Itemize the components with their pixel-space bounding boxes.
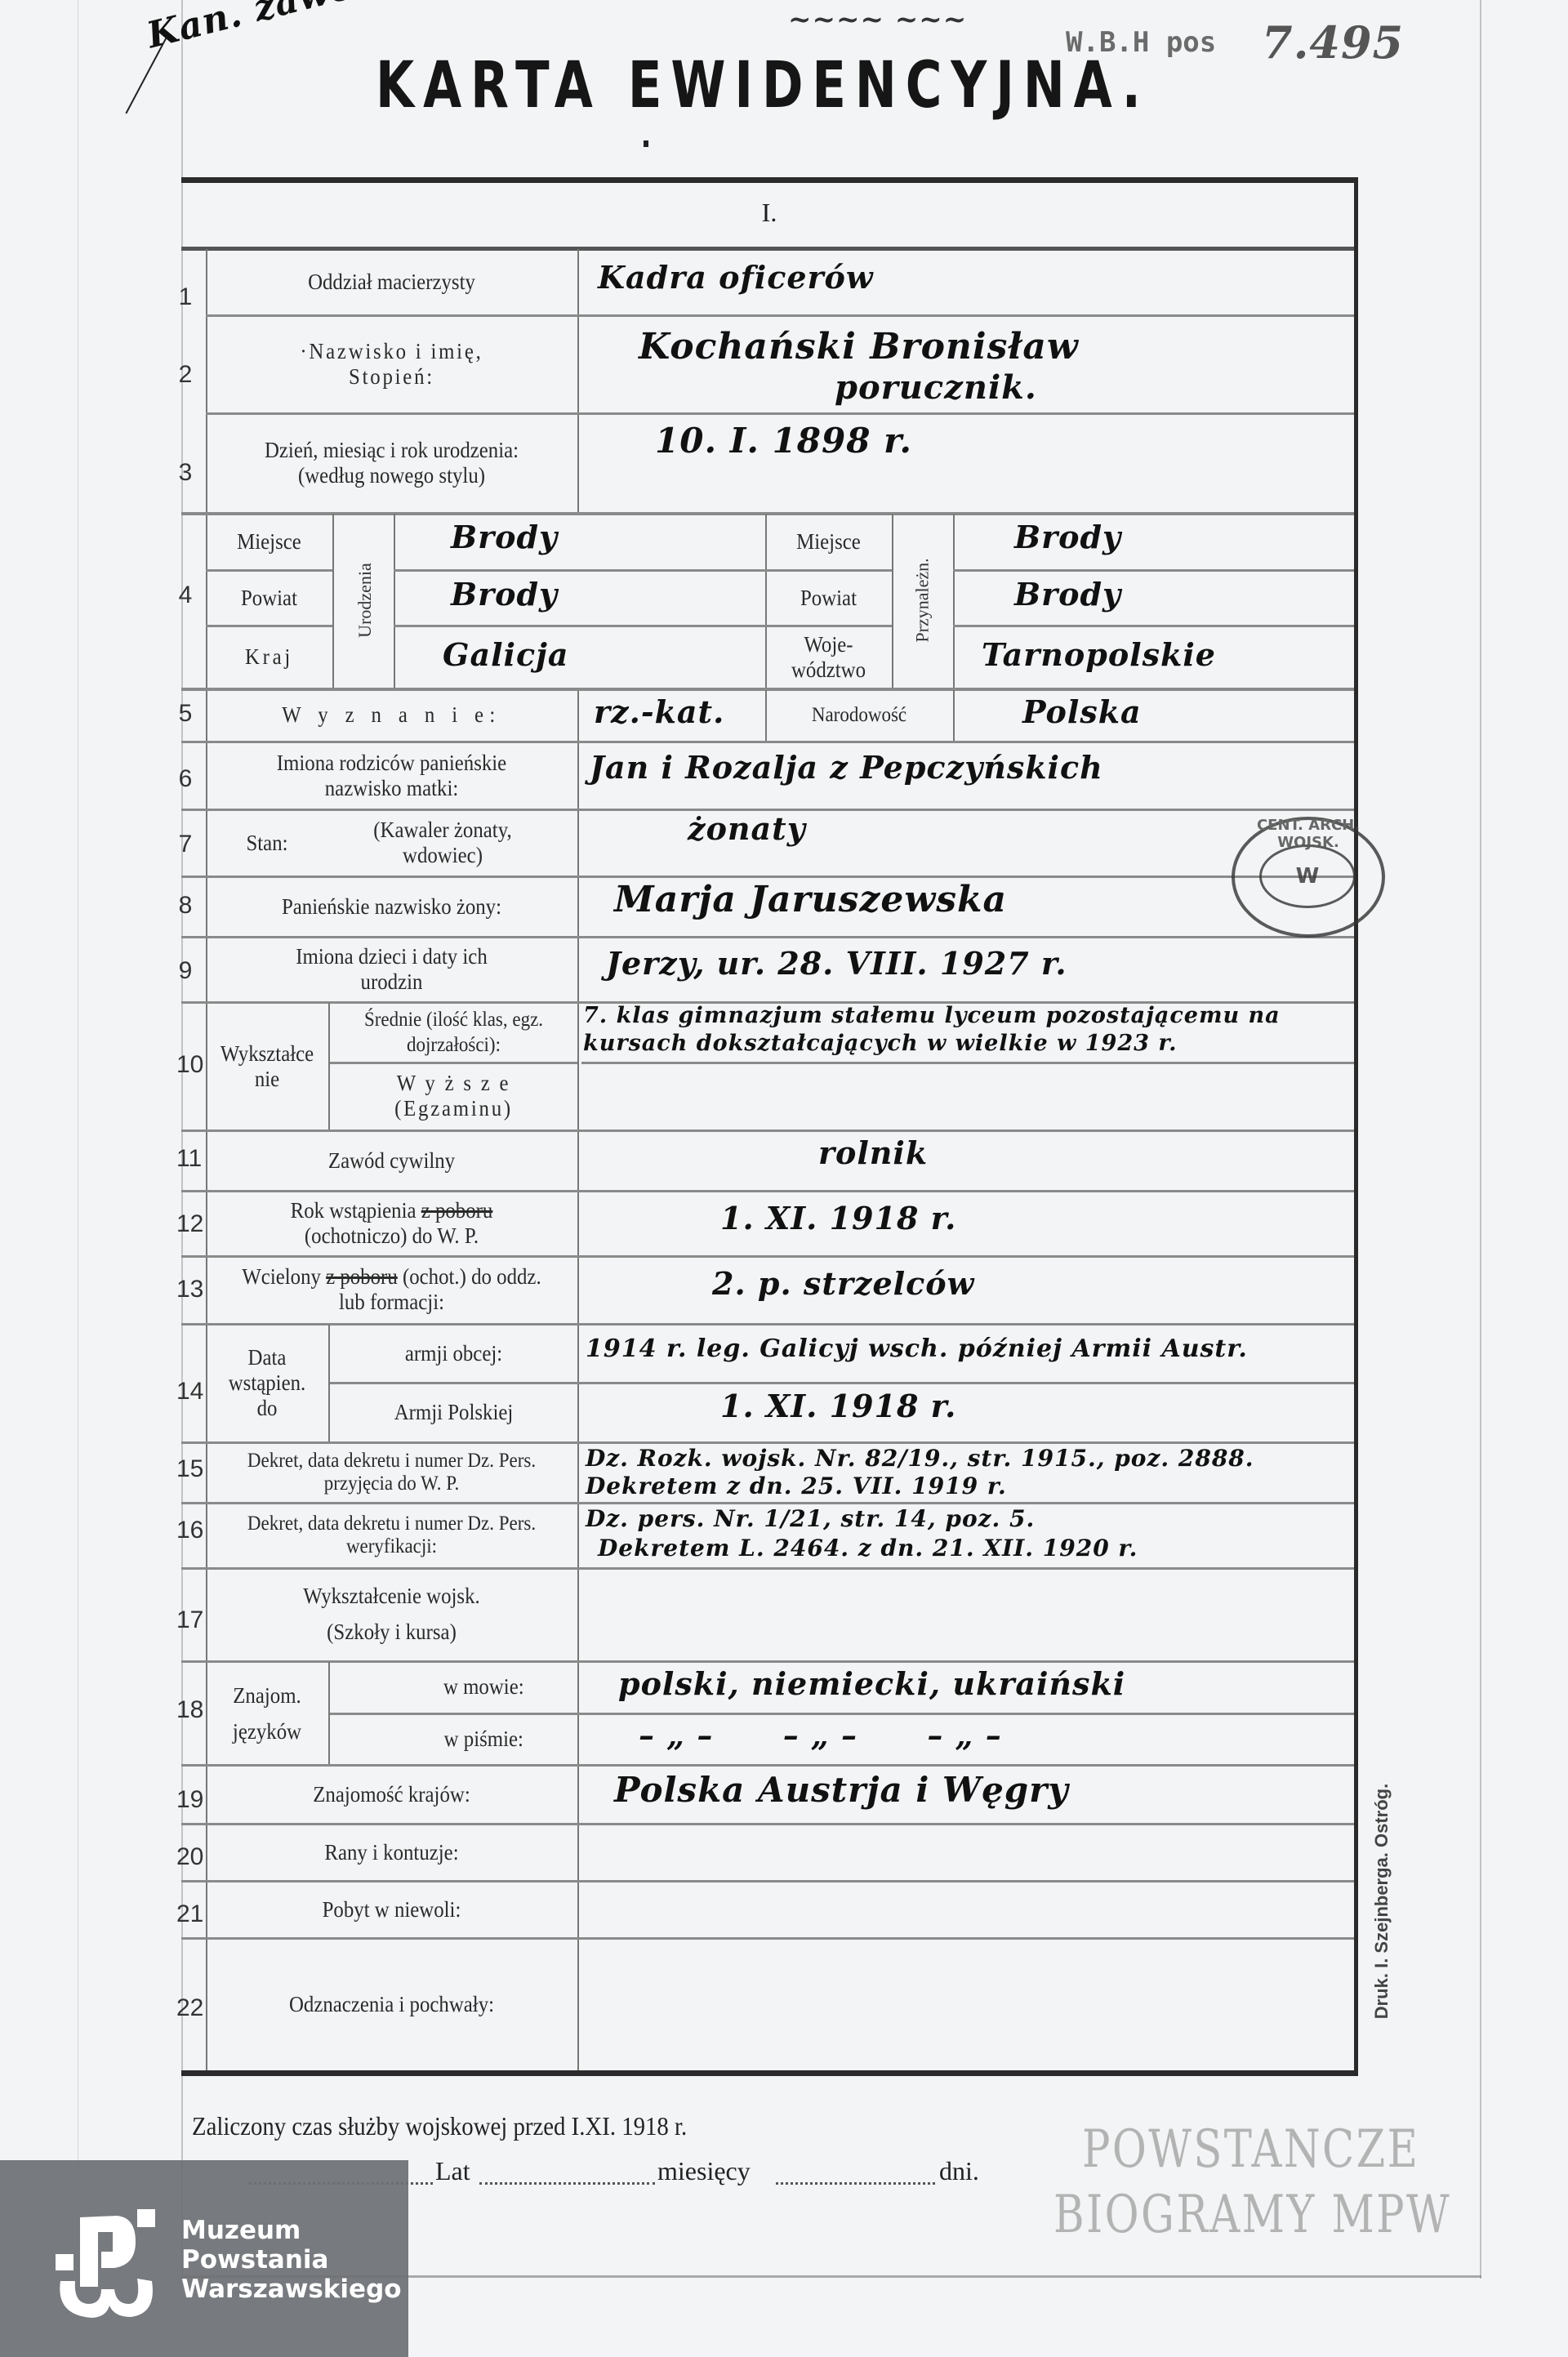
label-w-pismie: w piśmie: bbox=[340, 1714, 568, 1763]
pen-stroke bbox=[125, 38, 167, 114]
label-znajomosc-krajow: Znajomość krajów: bbox=[220, 1766, 563, 1823]
value-data-urodzenia: 10. I. 1898 r. bbox=[655, 422, 1406, 460]
value-birth-place: Brody bbox=[451, 519, 761, 556]
row-number: 1 bbox=[176, 283, 194, 311]
grid-line bbox=[328, 1003, 330, 1129]
grid-line bbox=[953, 569, 1354, 572]
value-armji-polskiej: 1. XI. 1918 r. bbox=[720, 1388, 1472, 1425]
value-zawod: rolnik bbox=[818, 1134, 1568, 1172]
label-province-line2: wództwo bbox=[791, 657, 866, 683]
row-number: 14 bbox=[176, 1378, 194, 1406]
label-imiona-dzieci: Imiona dzieci i daty ich urodzin bbox=[220, 938, 563, 1001]
row-number: 16 bbox=[176, 1517, 194, 1544]
label-w-mowie: w mowie: bbox=[340, 1662, 568, 1711]
label-province-line1: Woje- bbox=[804, 632, 853, 657]
value-dekret-weryfikacji-2: Dekretem L. 2464. z dn. 21. XII. 1920 r. bbox=[598, 1535, 1349, 1562]
label-birth-county: Powiat bbox=[211, 571, 327, 625]
value-residence-province: Tarnopolskie bbox=[982, 636, 1341, 674]
label-residence-province: Woje- wództwo bbox=[770, 626, 887, 688]
label-armji-polskiej: Armji Polskiej bbox=[340, 1383, 568, 1441]
value-w-pismie: – „ – – „ – – „ – bbox=[639, 1717, 1390, 1754]
label-urodzenia-group: Urodzenia bbox=[354, 555, 376, 645]
label-wyksztalcenie-wojsk: Wykształcenie wojsk. (Szkoły i kursa) bbox=[220, 1569, 563, 1659]
value-stopien: porucznik. bbox=[835, 369, 1568, 407]
grid-line bbox=[394, 625, 765, 627]
value-dekret-weryfikacji: Dz. pers. Nr. 1/21, str. 14, poz. 5. bbox=[586, 1505, 1337, 1533]
value-nazwisko: Kochański Bronisław bbox=[639, 328, 1390, 366]
grid-line bbox=[953, 625, 1354, 627]
label-znajomosc-jezykow: Znajom. języków bbox=[211, 1662, 323, 1764]
row-divider bbox=[181, 512, 1354, 515]
label-line: Rok wstąpienia z poboru bbox=[291, 1198, 493, 1223]
printer-imprint-text: Druk. I. Szejnberga. Ostróg. bbox=[1371, 1754, 1392, 2048]
label-nazwisko-zony: Panieńskie nazwisko żony: bbox=[220, 877, 563, 936]
value-znajomosc-krajow: Polska Austrja i Węgry bbox=[614, 1771, 1365, 1809]
value-wyznanie: rz.-kat. bbox=[594, 693, 757, 731]
row-number: 20 bbox=[176, 1843, 194, 1871]
label-zawod: Zawód cywilny bbox=[220, 1131, 563, 1190]
row-number: 3 bbox=[176, 459, 194, 487]
label-column-line bbox=[577, 249, 579, 512]
grid-line bbox=[953, 690, 955, 741]
row-number: 2 bbox=[176, 361, 194, 389]
label-line: Wcielony z poboru (ochot.) do oddz. lub … bbox=[239, 1264, 544, 1315]
value-w-mowie: polski, niemiecki, ukraiński bbox=[618, 1665, 1370, 1703]
value-birth-county: Brody bbox=[451, 576, 761, 613]
label-oddzial: Oddział macierzysty bbox=[220, 249, 563, 314]
label-column-line bbox=[577, 688, 579, 2070]
logo-line: Muzeum bbox=[181, 2216, 402, 2245]
value-rok-wstapienia: 1. XI. 1918 r. bbox=[720, 1200, 1472, 1237]
grid-line bbox=[332, 514, 334, 688]
label-niewola: Pobyt w niewoli: bbox=[220, 1882, 563, 1937]
row-number: 6 bbox=[176, 765, 194, 793]
section-number: I. bbox=[181, 198, 1357, 228]
value-dekret-przyjecia-2: Dekretem z dn. 25. VII. 1919 r. bbox=[586, 1473, 1337, 1500]
row-number: 15 bbox=[176, 1455, 194, 1483]
value-armji-obcej: 1914 r. leg. Galicyj wsch. później Armii… bbox=[586, 1335, 1337, 1363]
value-imiona-rodzicow: Jan i Rozalja z Pepczyńskich bbox=[590, 749, 1341, 786]
value-imiona-dzieci: Jerzy, ur. 28. VIII. 1927 r. bbox=[606, 945, 1357, 982]
row-number: 11 bbox=[176, 1145, 194, 1173]
ink-dot bbox=[644, 140, 648, 147]
document-title: KARTA EWIDENCYJNA. bbox=[376, 49, 1150, 123]
label-rok-wstapienia: Rok wstąpienia z poboru (ochotniczo) do … bbox=[220, 1192, 563, 1255]
printer-imprint: Druk. I. Szejnberga. Ostróg. bbox=[1365, 1752, 1395, 2054]
label-wyznanie: W y z n a n i e: bbox=[220, 690, 563, 739]
grid-line bbox=[765, 514, 767, 688]
grid-line bbox=[765, 690, 767, 741]
scan-edge bbox=[78, 0, 78, 2357]
value-srednie: 7. klas gimnazjum stałemu lyceum pozosta… bbox=[583, 1002, 1351, 1058]
label-odznaczenia: Odznaczenia i pochwały: bbox=[220, 1939, 563, 2070]
fill-line-days bbox=[776, 2181, 935, 2185]
label-birth-place: Miejsce bbox=[211, 514, 327, 569]
row-number: 19 bbox=[176, 1786, 194, 1814]
logo-line: Powstania bbox=[181, 2245, 402, 2275]
label-srednie: Średnie (ilość klas, egz. dojrzałości): bbox=[340, 1003, 568, 1062]
label-text: (ochotniczo) do W. P. bbox=[305, 1223, 479, 1249]
row-number: 12 bbox=[176, 1210, 194, 1238]
grid-line bbox=[206, 569, 332, 572]
value-narodowosc: Polska bbox=[1022, 693, 1341, 731]
value-residence-place: Brody bbox=[1014, 519, 1341, 556]
fill-line-months bbox=[479, 2181, 655, 2185]
number-column-line bbox=[206, 249, 207, 2070]
grid-line bbox=[765, 569, 892, 572]
row-number: 21 bbox=[176, 1900, 194, 1928]
grid-line bbox=[394, 514, 395, 688]
label-wyzsze: W y ż s z e (Egzaminu) bbox=[340, 1063, 568, 1129]
row-number: 10 bbox=[176, 1051, 194, 1079]
grid-line bbox=[953, 514, 955, 688]
row-number: 9 bbox=[176, 957, 194, 985]
value-dekret-przyjecia: Dz. Rozk. wojsk. Nr. 82/19., str. 1915.,… bbox=[586, 1445, 1337, 1473]
museum-name: Muzeum Powstania Warszawskiego bbox=[181, 2216, 402, 2304]
label-text: Wcielony bbox=[242, 1264, 321, 1289]
label-stan: Stan: bbox=[211, 810, 323, 876]
archive-stamp: CENT. ARCH. WOJSK. W bbox=[1232, 817, 1385, 938]
row-number: 22 bbox=[176, 1994, 194, 2022]
service-time-label: Zaliczony czas służby wojskowej przed I.… bbox=[192, 2111, 687, 2141]
value-residence-county: Brody bbox=[1014, 576, 1341, 613]
grid-line bbox=[892, 514, 893, 688]
label-armji-obcej: armji obcej: bbox=[340, 1325, 568, 1382]
top-handwritten-scribble: ~~~~ ~~~ bbox=[788, 3, 967, 36]
grid-line bbox=[581, 1062, 1354, 1064]
value-birth-country: Galicja bbox=[443, 636, 753, 674]
label-przynaleznosc-group: Przynależn. bbox=[912, 554, 933, 648]
watermark-line1: POWSTANCZE bbox=[1082, 2119, 1419, 2180]
months-label: miesięcy bbox=[657, 2156, 751, 2186]
row-number: 5 bbox=[176, 700, 194, 728]
label-rany: Rany i kontuzje: bbox=[220, 1825, 563, 1880]
grid-line bbox=[765, 625, 892, 627]
label-birth-country: Kraj bbox=[211, 626, 327, 688]
watermark-line2: BIOGRAMY MPW bbox=[1053, 2185, 1451, 2245]
label-data-urodzenia: Dzień, miesiąc i rok urodzenia: (według … bbox=[220, 414, 563, 512]
stamp-emblem-icon: W bbox=[1259, 844, 1356, 908]
value-wcielony: 2. p. strzelców bbox=[712, 1265, 1463, 1303]
grid-line bbox=[394, 569, 765, 572]
registration-form-table: I. 1 Oddział macierzysty Kadra oficerów … bbox=[181, 177, 1357, 2076]
label-residence-place: Miejsce bbox=[770, 514, 887, 569]
row-number: 8 bbox=[176, 892, 194, 920]
label-narodowosc: Narodowość bbox=[773, 690, 946, 739]
grid-line bbox=[206, 625, 332, 627]
label-nazwisko: ·Nazwisko i imię, Stopień: bbox=[220, 316, 563, 412]
days-label: dni. bbox=[939, 2156, 979, 2186]
struck-text: z poboru bbox=[326, 1264, 398, 1289]
struck-text: z poboru bbox=[421, 1198, 493, 1223]
logo-line: Warszawskiego bbox=[181, 2275, 402, 2304]
label-stan-note: (Kawaler żonaty, wdowiec) bbox=[330, 810, 555, 876]
table-bottom-border bbox=[181, 2070, 1357, 2076]
label-wyksztalcenie: Wykształcenie bbox=[211, 1003, 323, 1129]
row-number: 18 bbox=[176, 1696, 194, 1724]
label-wcielony: Wcielony z poboru (ochot.) do oddz. lub … bbox=[220, 1257, 563, 1322]
corner-handwritten-note: Kan. zawod bbox=[143, 0, 384, 56]
years-label: Lat bbox=[435, 2156, 470, 2186]
label-text: Rok wstąpienia bbox=[291, 1198, 416, 1223]
row-number: 13 bbox=[176, 1276, 194, 1303]
table-top-border bbox=[181, 177, 1357, 183]
row-number: 7 bbox=[176, 831, 194, 858]
label-data-wstapienia: Data wstąpien. do bbox=[211, 1325, 323, 1441]
value-oddzial: Kadra oficerów bbox=[598, 259, 1349, 296]
label-dekret-przyjecia: Dekret, data dekretu i numer Dz. Pers. p… bbox=[220, 1443, 563, 1502]
label-imiona-rodzicow: Imiona rodziców panieńskie nazwisko matk… bbox=[220, 742, 563, 809]
row-number: 4 bbox=[176, 581, 194, 609]
label-residence-county: Powiat bbox=[770, 571, 887, 625]
museum-logo[interactable]: Muzeum Powstania Warszawskiego bbox=[0, 2160, 408, 2357]
row-number: 17 bbox=[176, 1606, 194, 1634]
reference-number: 7.495 bbox=[1262, 16, 1404, 69]
anchor-kotwica-icon bbox=[56, 2209, 158, 2319]
label-dekret-weryfikacji: Dekret, data dekretu i numer Dz. Pers. w… bbox=[220, 1504, 563, 1567]
